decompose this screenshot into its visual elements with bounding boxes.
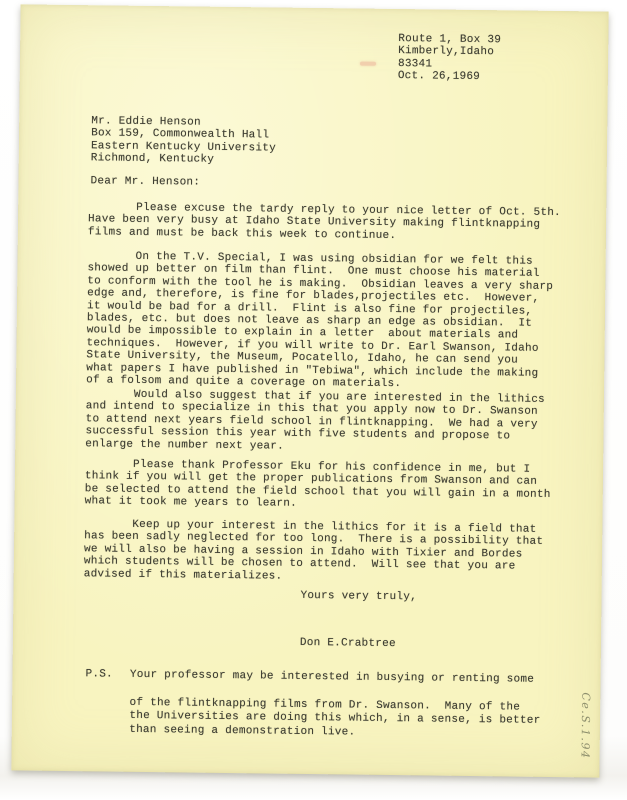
paragraph-2: On the T.V. Special, I was using obsidia… [86,250,554,392]
postscript-body: Your professor may be interested in busy… [129,669,541,743]
salutation: Dear Mr. Henson: [90,175,200,189]
letter-paper: Route 1, Box 39 Kimberly,Idaho 83341 Oct… [11,4,608,777]
paragraph-3: Would also suggest that if you are inter… [85,388,545,456]
recipient-address-block: Mr. Eddie Henson Box 159, Commonwealth H… [91,115,277,167]
paragraph-1: Please excuse the tardy reply to your ni… [88,201,561,244]
sender-address-block: Route 1, Box 39 Kimberly,Idaho 83341 Oct… [398,33,501,84]
paper-smudge-mark [360,62,376,66]
postscript-label: P.S. [85,668,113,681]
postscript: P.S. Your professor may be interested in… [85,668,541,743]
closing-valediction: Yours very truly, [300,590,417,604]
scan-background: Route 1, Box 39 Kimberly,Idaho 83341 Oct… [0,0,627,800]
signature-name: Don E.Crabtree [300,637,396,651]
handwritten-catalog-number: Ce.S.1.94 [579,692,593,759]
paragraph-5: Keep up your interest in the lithics for… [84,518,544,586]
paragraph-4: Please thank Professor Eku for his confi… [85,458,551,513]
